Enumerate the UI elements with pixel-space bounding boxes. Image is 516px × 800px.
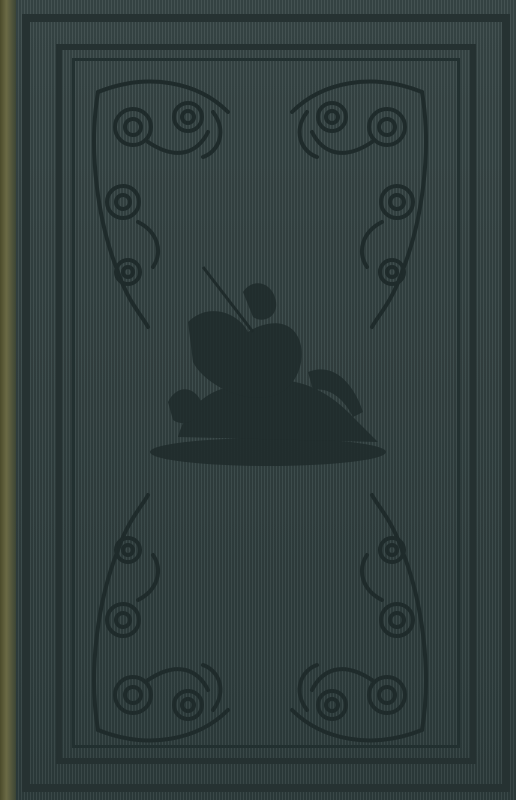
central-vignette-rider-and-dragon (148, 262, 388, 470)
corner-ornament-bottom-left (88, 490, 238, 750)
book-cover (0, 0, 516, 800)
spine-edge (0, 0, 16, 800)
corner-ornament-bottom-right (282, 490, 432, 750)
